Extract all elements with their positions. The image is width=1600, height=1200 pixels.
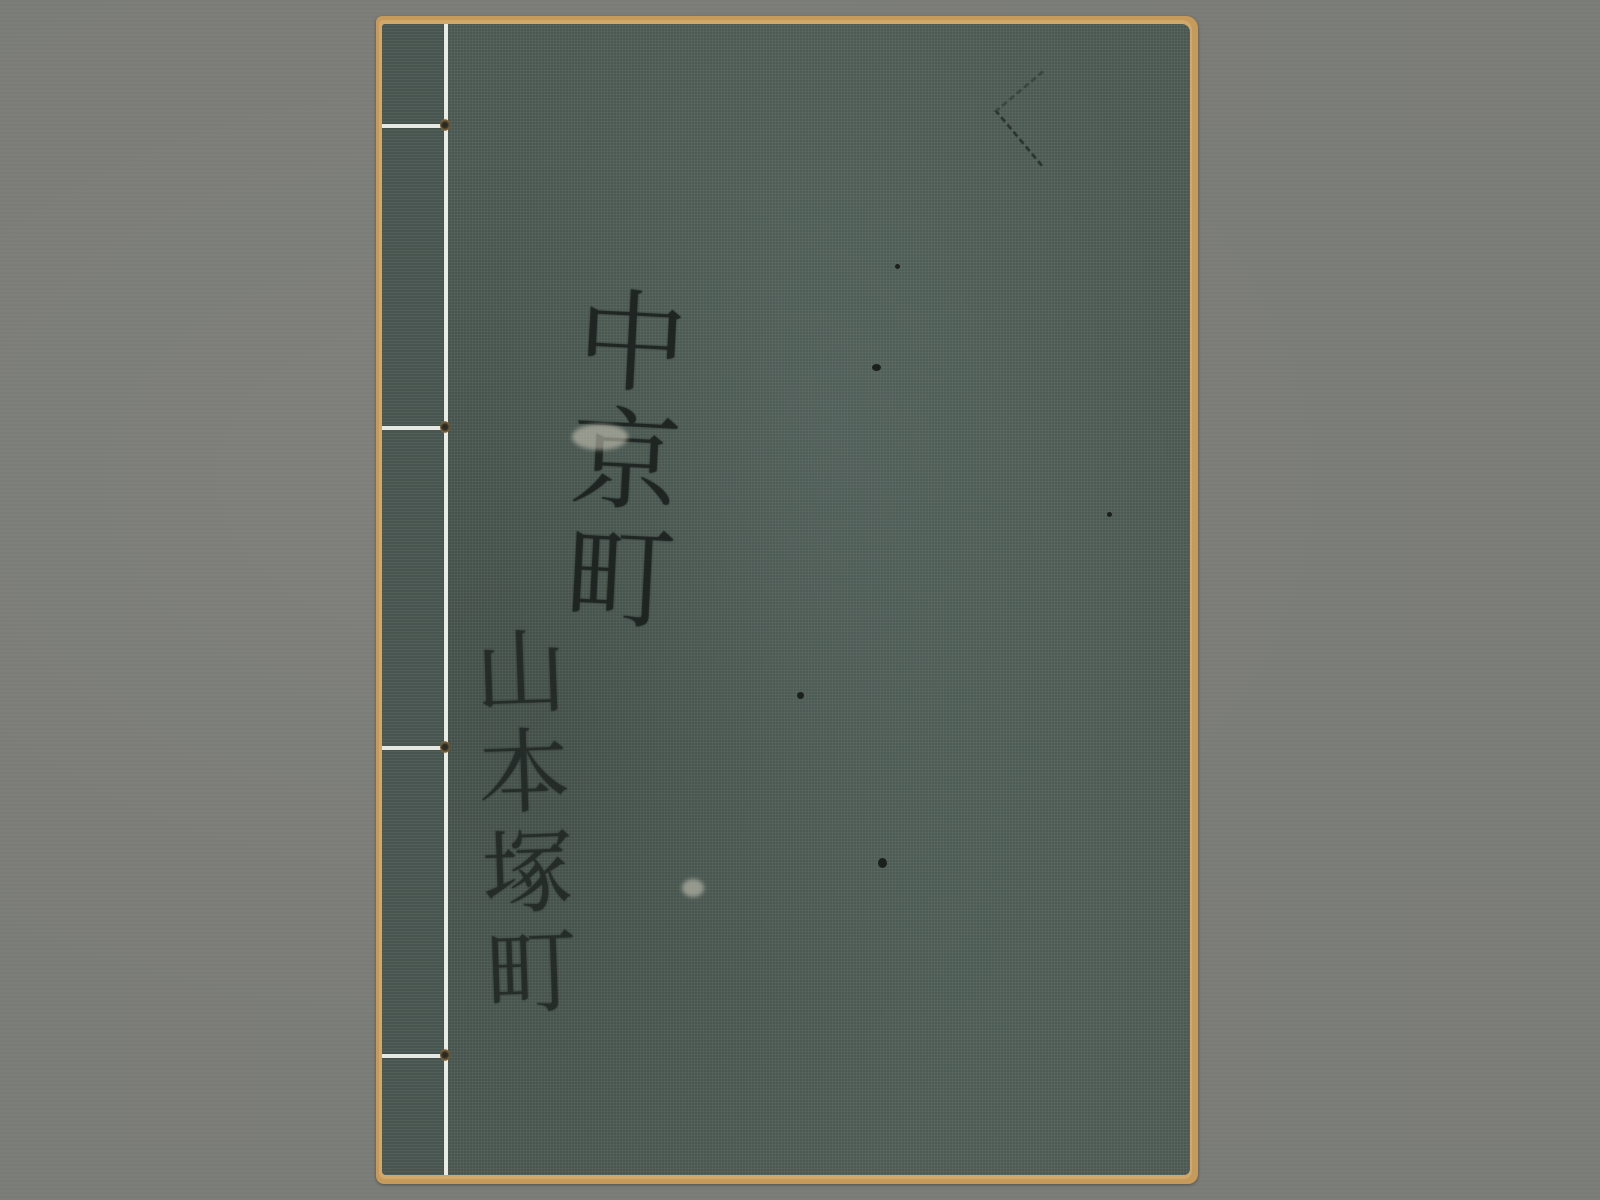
stitch-hole-1 [440, 119, 450, 131]
spine-binding-strip [382, 24, 444, 1175]
wear-spot [682, 879, 704, 897]
binding-thread-vertical [444, 24, 448, 1175]
ink-spot [1107, 512, 1112, 517]
book-cover: 中京町 山本塚町 [382, 24, 1190, 1175]
ink-spot [878, 858, 887, 868]
binding-thread-stitch-3 [382, 746, 446, 750]
book: 中京町 山本塚町 [376, 16, 1198, 1184]
binding-thread-stitch-2 [382, 426, 446, 430]
corner-ink-mark [994, 70, 1089, 166]
wear-spot [572, 424, 628, 450]
ink-spot [895, 264, 900, 269]
stitch-hole-2 [440, 421, 450, 433]
ink-spot [872, 364, 881, 371]
binding-thread-stitch-4 [382, 1054, 446, 1058]
stitch-hole-4 [440, 1049, 450, 1061]
binding-thread-stitch-1 [382, 124, 446, 128]
handwritten-title-column-2: 山本塚町 [465, 623, 571, 1026]
handwritten-title-column-1: 中京町 [553, 281, 681, 640]
ink-spot [797, 692, 804, 699]
stitch-hole-3 [440, 741, 450, 753]
